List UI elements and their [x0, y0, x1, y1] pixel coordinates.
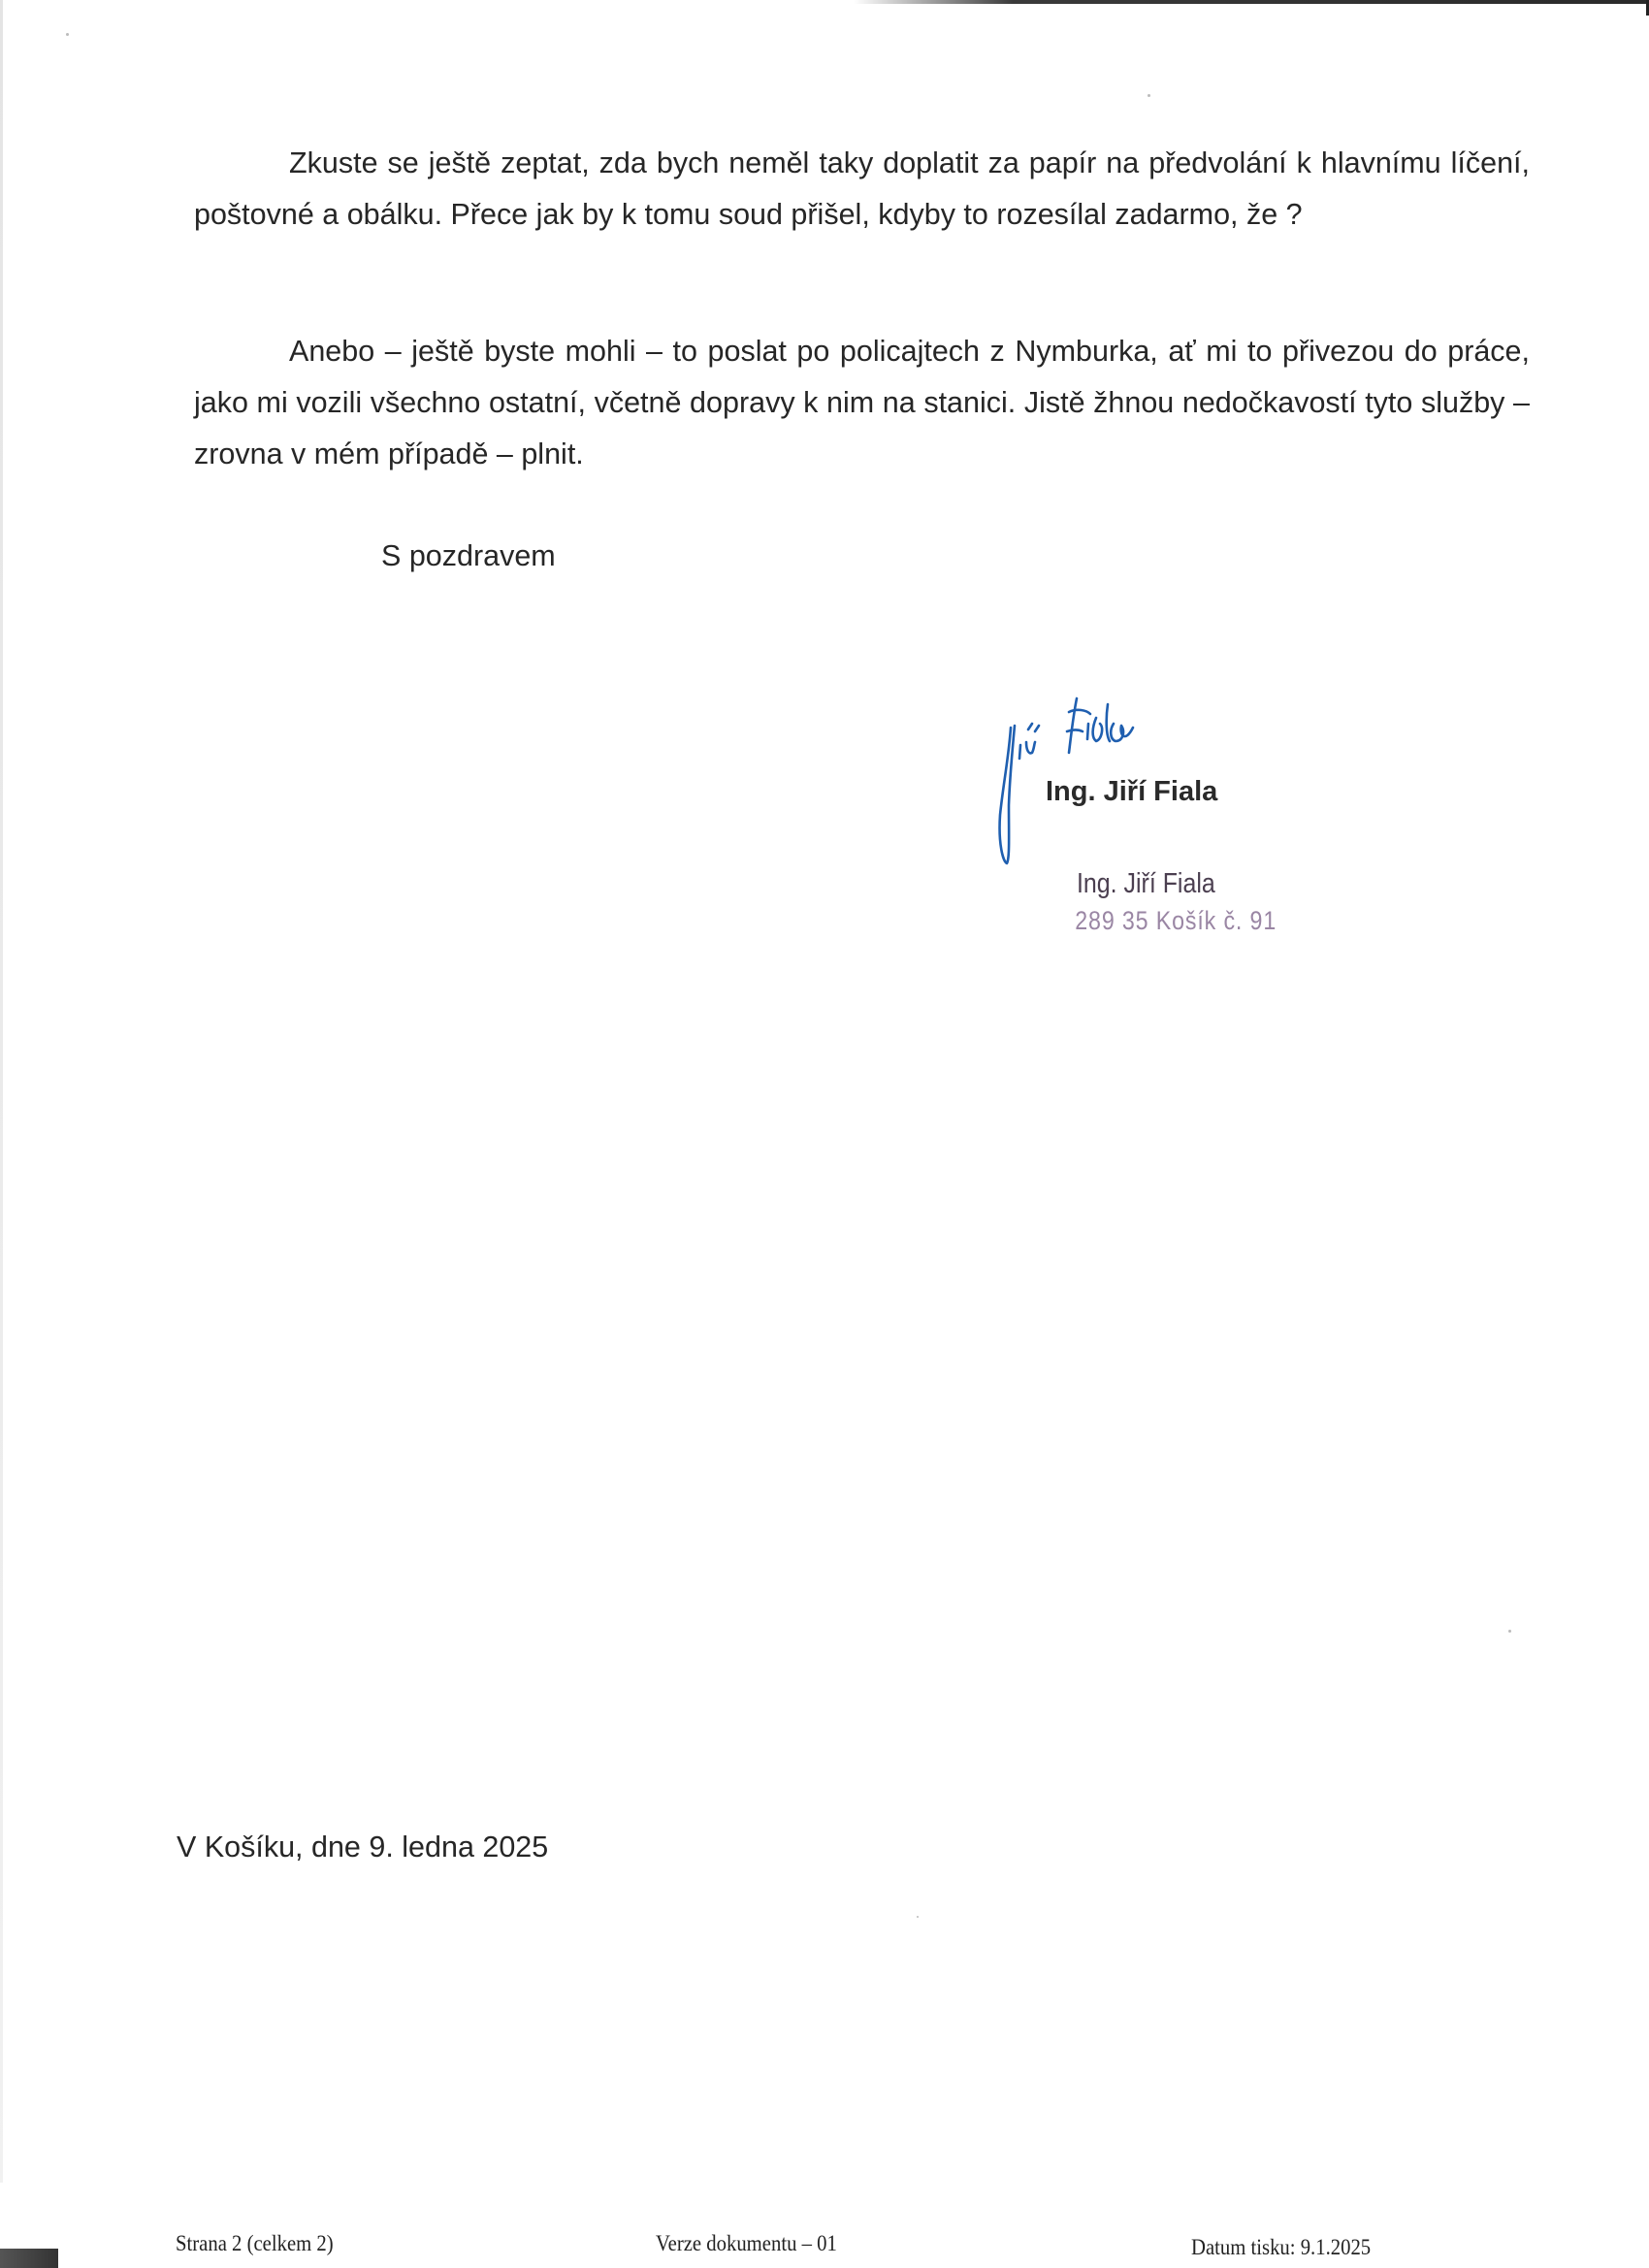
scan-speck	[917, 1916, 919, 1918]
address-stamp: Ing. Jiří Fiala 289 35 Košík č. 91	[1077, 865, 1277, 939]
scan-speck	[1148, 94, 1150, 97]
footer-document-version: Verze dokumentu – 01	[656, 2231, 837, 2256]
footer-print-date: Datum tisku: 9.1.2025	[1191, 2235, 1371, 2260]
stamp-name: Ing. Jiří Fiala	[1077, 865, 1277, 902]
closing-salutation: S pozdravem	[381, 539, 556, 573]
footer-page-number: Strana 2 (celkem 2)	[176, 2231, 334, 2256]
paragraph-text: Anebo – ještě byste mohli – to poslat po…	[194, 326, 1530, 480]
scan-speck	[66, 33, 69, 36]
paragraph-text: Zkuste se ještě zeptat, zda bych neměl t…	[194, 138, 1530, 241]
typed-signatory-name: Ing. Jiří Fiala	[1046, 776, 1217, 808]
letter-body-paragraph-1: Zkuste se ještě zeptat, zda bych neměl t…	[194, 138, 1530, 241]
scan-edge-top	[854, 0, 1649, 4]
scan-speck	[1508, 1630, 1511, 1633]
letter-body-paragraph-2: Anebo – ještě byste mohli – to poslat po…	[194, 326, 1530, 480]
scan-edge-left	[0, 0, 3, 2183]
place-and-date: V Košíku, dne 9. ledna 2025	[177, 1831, 548, 1864]
stamp-address: 289 35 Košík č. 91	[1075, 902, 1277, 939]
scan-edge-bottom-left	[0, 2249, 58, 2268]
